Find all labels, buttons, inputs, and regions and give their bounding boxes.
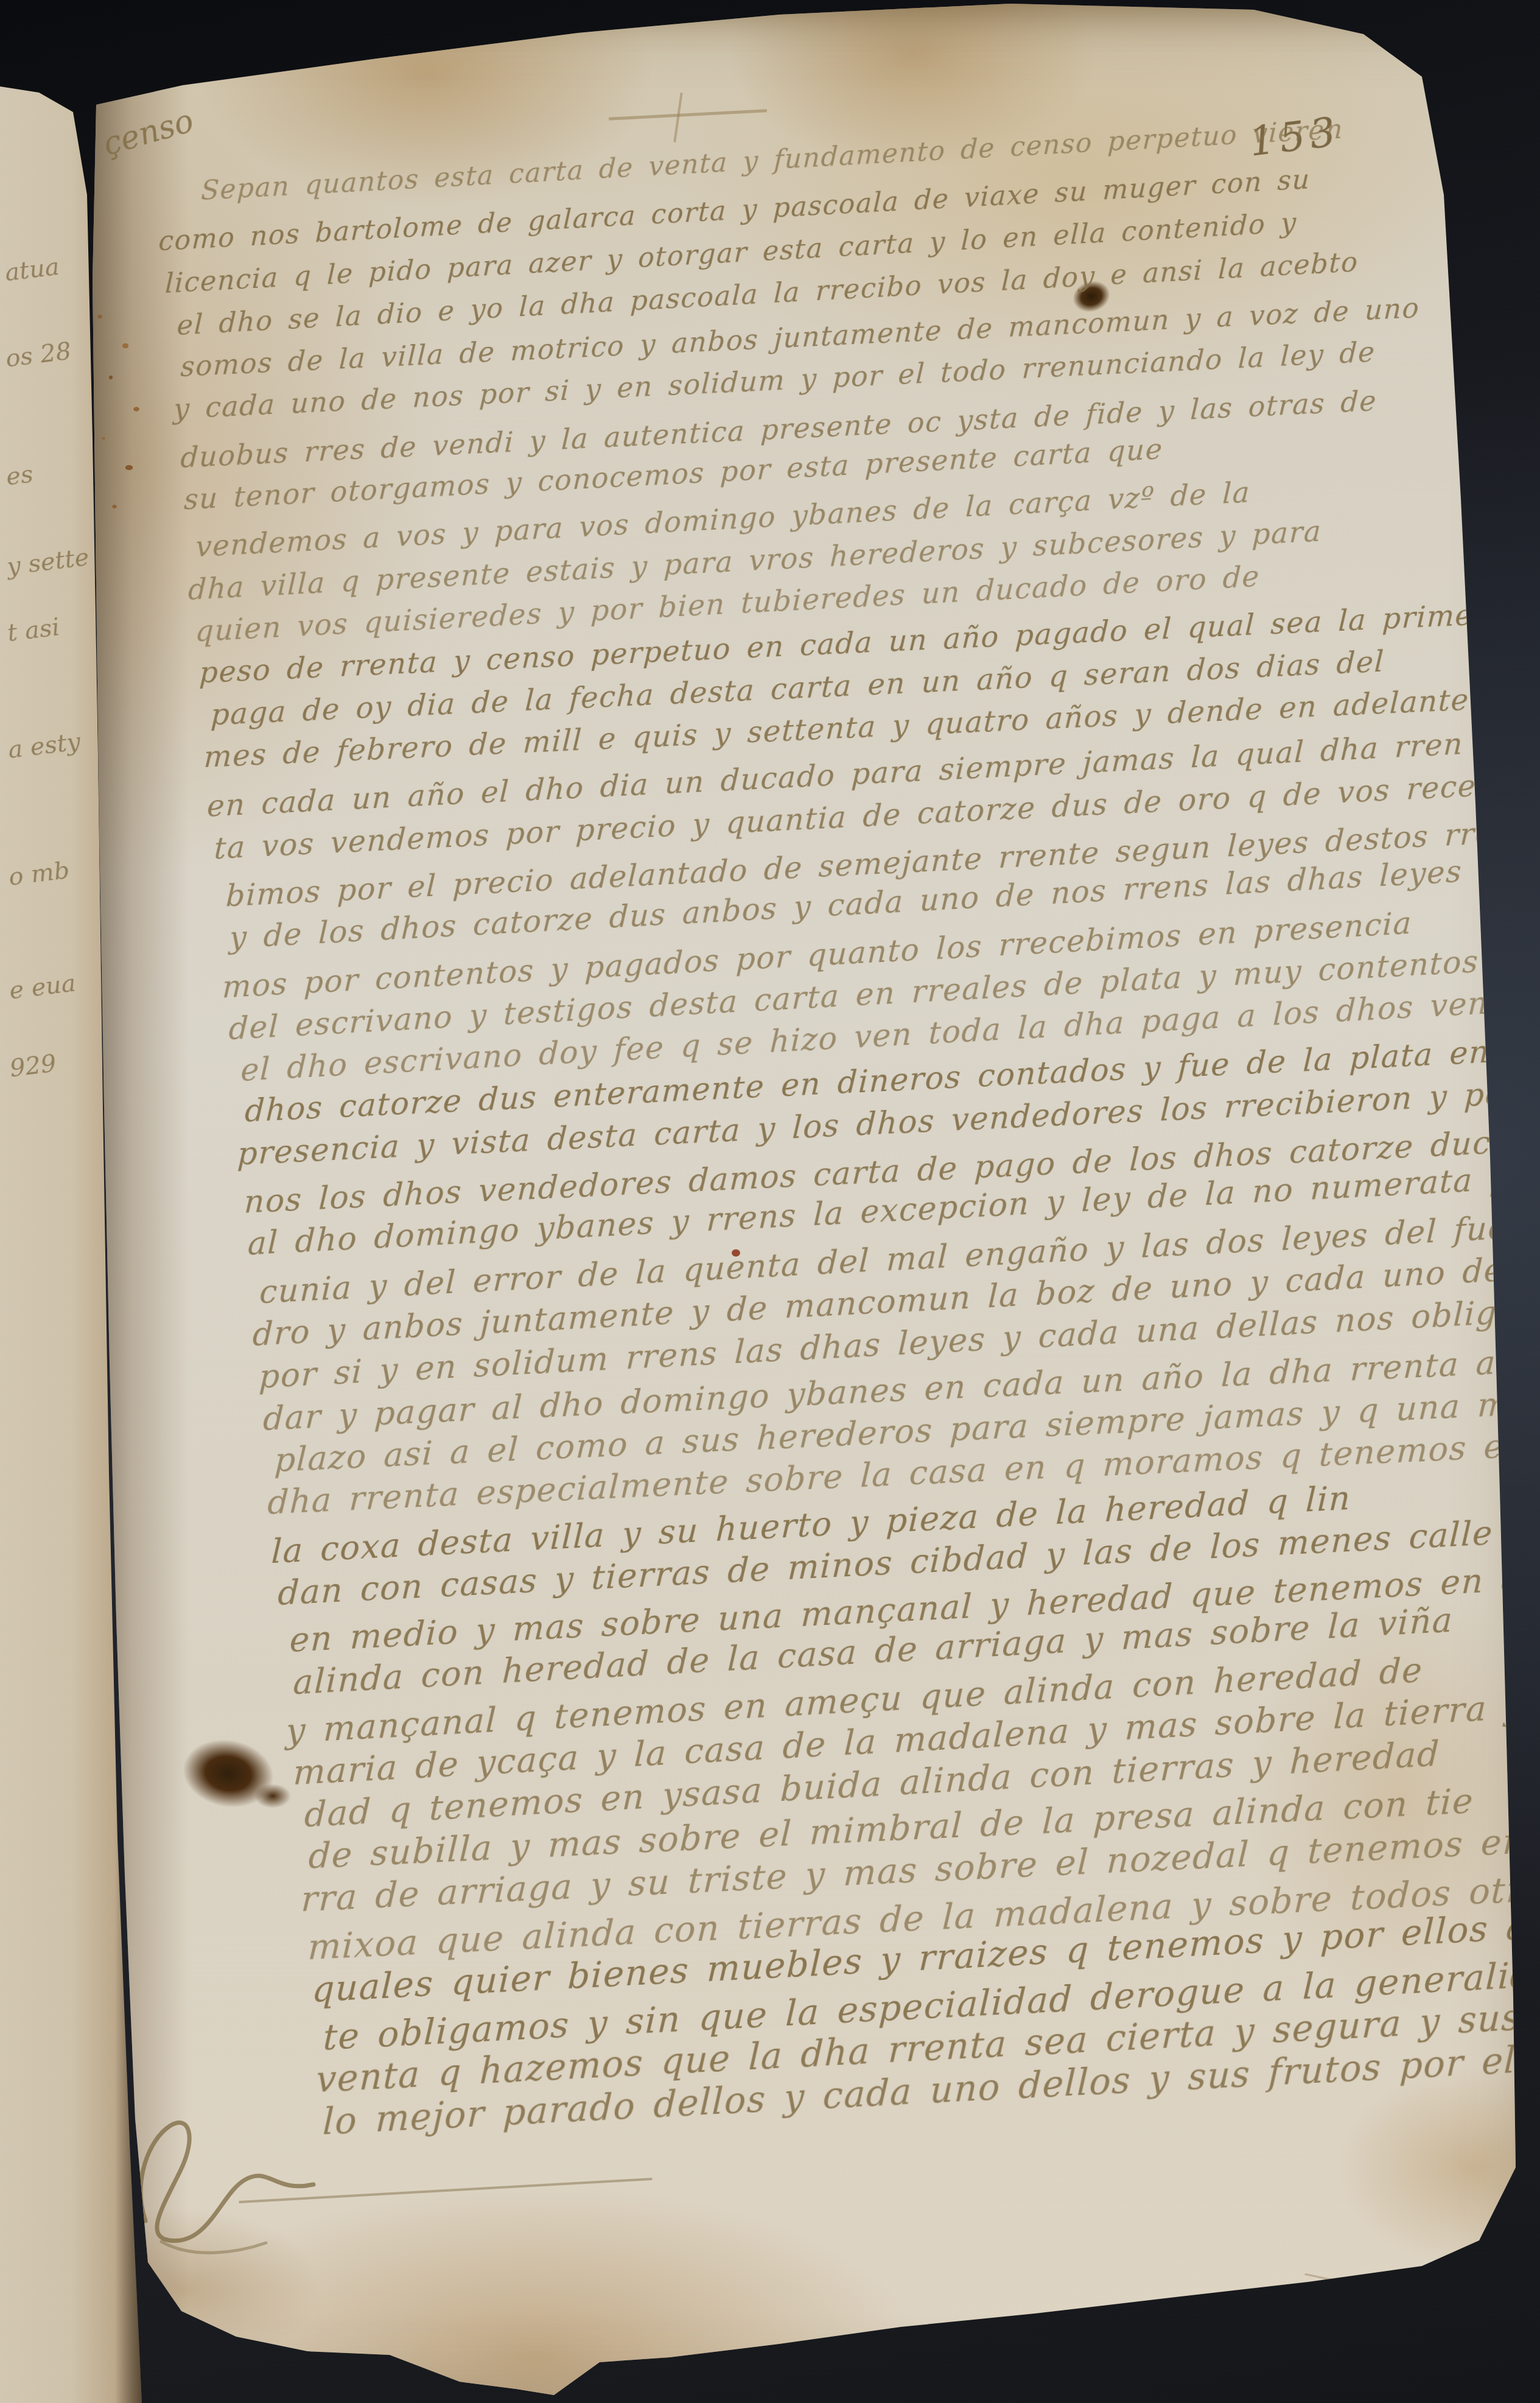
manuscript-text: Sepan quantos esta carta de venta y fund… — [153, 113, 1540, 2148]
foxing-speckles — [85, 292, 158, 536]
prev-page-fragment: o mb — [7, 856, 71, 891]
prev-page-fragment: atua — [4, 253, 61, 287]
prev-page-fragment: es — [4, 460, 34, 491]
prev-page-fragment: e eua — [8, 969, 77, 1005]
manuscript-page: çenso 153 Sepan quantos esta carta de ve… — [0, 0, 1540, 2403]
corner-crease — [1304, 2273, 1501, 2317]
prev-page-fragment: t asi — [6, 613, 61, 647]
prev-page-fragment: 929 — [8, 1050, 57, 1083]
prev-page-fragment: a esty — [7, 728, 82, 764]
prev-page-fragment: os 28 — [4, 337, 73, 373]
prev-page-fragment: y sette — [5, 543, 91, 581]
notary-rubric — [125, 2102, 332, 2266]
photo-background: atuaos 28esy settet asia estyo mbe eua92… — [0, 0, 1540, 2403]
